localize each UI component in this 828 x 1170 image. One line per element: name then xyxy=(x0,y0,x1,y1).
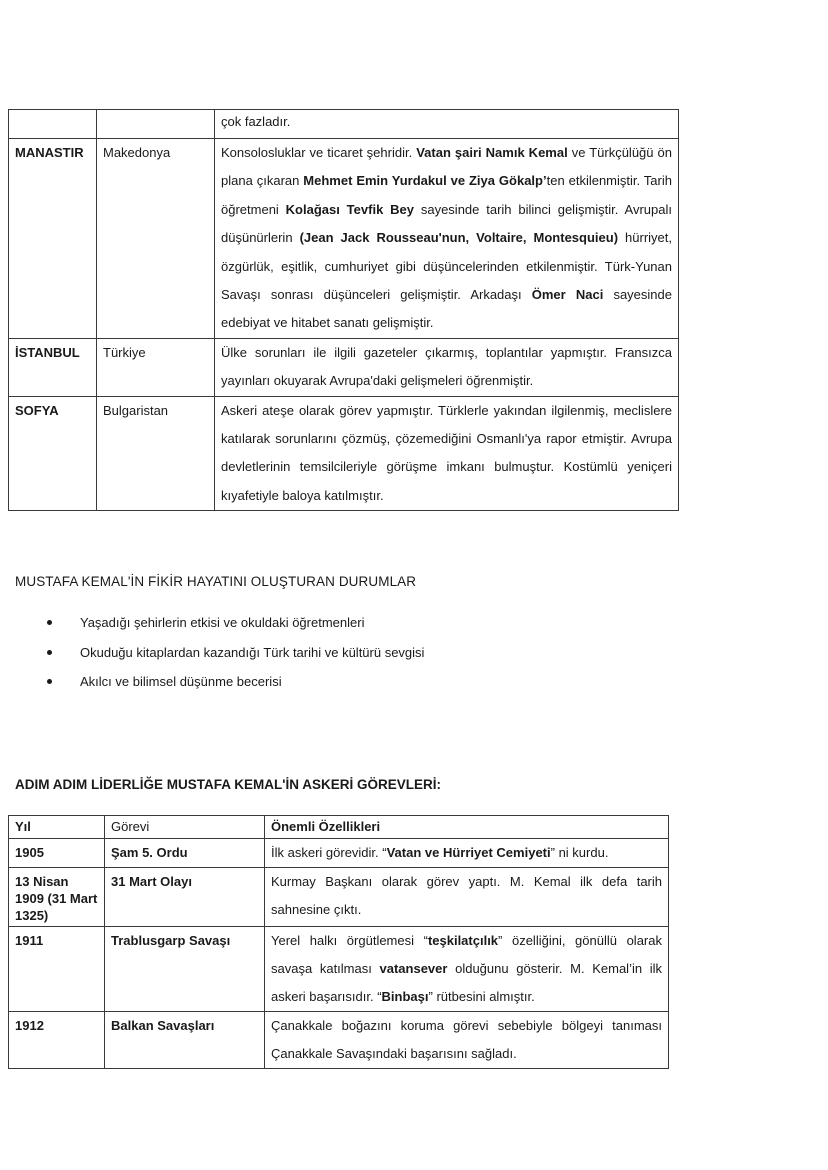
emphasis-text: Mehmet Emin Yurdakul ve Ziya Gökalp’ xyxy=(303,173,546,188)
year-cell: 1911 xyxy=(9,927,105,1012)
description-cell: Ülke sorunları ile ilgili gazeteler çıka… xyxy=(215,338,679,396)
city-cell: SOFYA xyxy=(9,396,97,511)
bullet-icon xyxy=(47,650,52,655)
bullet-icon xyxy=(47,679,52,684)
emphasis-text: Kolağası Tevfik Bey xyxy=(286,202,414,217)
features-cell: Yerel halkı örgütlemesi “teşkilatçılık” … xyxy=(265,927,669,1012)
header-duty: Görevi xyxy=(105,816,265,839)
table-row: SOFYABulgaristanAskeri ateşe olarak göre… xyxy=(9,396,679,511)
duty-cell: 31 Mart Olayı xyxy=(105,868,265,927)
table-row: MANASTIRMakedonyaKonsolosluklar ve ticar… xyxy=(9,139,679,339)
year-cell: 13 Nisan 1909 (31 Mart 1325) xyxy=(9,868,105,927)
table-row: 13 Nisan 1909 (31 Mart 1325)31 Mart Olay… xyxy=(9,868,669,927)
table-row: İSTANBULTürkiyeÜlke sorunları ile ilgili… xyxy=(9,338,679,396)
city-cell: İSTANBUL xyxy=(9,338,97,396)
description-cell: çok fazladır. xyxy=(215,110,679,139)
table-row: çok fazladır. xyxy=(9,110,679,139)
city-cell xyxy=(9,110,97,139)
emphasis-text: teşkilatçılık xyxy=(428,933,498,948)
city-cell: MANASTIR xyxy=(9,139,97,339)
table-row: 1911Trablusgarp SavaşıYerel halkı örgütl… xyxy=(9,927,669,1012)
text-run: Ülke sorunları ile ilgili gazeteler çıka… xyxy=(221,345,672,388)
emphasis-text: Vatan ve Hürriyet Cemiyeti xyxy=(387,845,551,860)
bullet-item: Okuduğu kitaplardan kazandığı Türk tarih… xyxy=(44,638,424,668)
text-run: ” ni kurdu. xyxy=(551,845,609,860)
bullet-item: Yaşadığı şehirlerin etkisi ve okuldaki ö… xyxy=(44,608,424,638)
country-cell xyxy=(97,110,215,139)
emphasis-text: Binbaşı xyxy=(382,989,429,1004)
text-run: ” rütbesini almıştır. xyxy=(429,989,535,1004)
section-heading-military-duties: ADIM ADIM LİDERLİĞE MUSTAFA KEMAL'İN ASK… xyxy=(15,777,441,792)
emphasis-text: vatansever xyxy=(380,961,448,976)
text-run: İlk askeri görevidir. “ xyxy=(271,845,387,860)
header-features: Önemli Özellikleri xyxy=(265,816,669,839)
text-run: Kurmay Başkanı olarak görev yaptı. M. Ke… xyxy=(271,874,662,917)
table-row: 1912Balkan SavaşlarıÇanakkale boğazını k… xyxy=(9,1012,669,1069)
features-cell: Kurmay Başkanı olarak görev yaptı. M. Ke… xyxy=(265,868,669,927)
table-header-row: Yıl Görevi Önemli Özellikleri xyxy=(9,816,669,839)
country-cell: Bulgaristan xyxy=(97,396,215,511)
emphasis-text: Vatan şairi Namık Kemal xyxy=(416,145,567,160)
header-year: Yıl xyxy=(9,816,105,839)
bullet-item: Akılcı ve bilimsel düşünme becerisi xyxy=(44,667,424,697)
duty-cell: Trablusgarp Savaşı xyxy=(105,927,265,1012)
text-run: Konsolosluklar ve ticaret şehridir. xyxy=(221,145,416,160)
text-run: Askeri ateşe olarak görev yapmıştır. Tür… xyxy=(221,403,672,503)
military-duties-table: Yıl Görevi Önemli Özellikleri 1905Şam 5.… xyxy=(8,815,669,1069)
text-run: çok fazladır. xyxy=(221,114,290,129)
country-cell: Türkiye xyxy=(97,338,215,396)
country-cell: Makedonya xyxy=(97,139,215,339)
bullet-icon xyxy=(47,620,52,625)
text-run: Çanakkale boğazını koruma görevi sebebiy… xyxy=(271,1018,662,1061)
year-cell: 1912 xyxy=(9,1012,105,1069)
duty-cell: Balkan Savaşları xyxy=(105,1012,265,1069)
description-cell: Askeri ateşe olarak görev yapmıştır. Tür… xyxy=(215,396,679,511)
table-row: 1905Şam 5. Orduİlk askeri görevidir. “Va… xyxy=(9,839,669,868)
cities-table: çok fazladır.MANASTIRMakedonyaKonsoloslu… xyxy=(8,109,679,511)
ideas-bullet-list: Yaşadığı şehirlerin etkisi ve okuldaki ö… xyxy=(44,608,424,697)
text-run: Yerel halkı örgütlemesi “ xyxy=(271,933,428,948)
emphasis-text: Ömer Naci xyxy=(532,287,604,302)
features-cell: Çanakkale boğazını koruma görevi sebebiy… xyxy=(265,1012,669,1069)
year-cell: 1905 xyxy=(9,839,105,868)
duty-cell: Şam 5. Ordu xyxy=(105,839,265,868)
section-heading-ideas: MUSTAFA KEMAL'İN FİKİR HAYATINI OLUŞTURA… xyxy=(15,574,416,589)
description-cell: Konsolosluklar ve ticaret şehridir. Vata… xyxy=(215,139,679,339)
emphasis-text: (Jean Jack Rousseau'nun, Voltaire, Monte… xyxy=(300,230,618,245)
features-cell: İlk askeri görevidir. “Vatan ve Hürriyet… xyxy=(265,839,669,868)
